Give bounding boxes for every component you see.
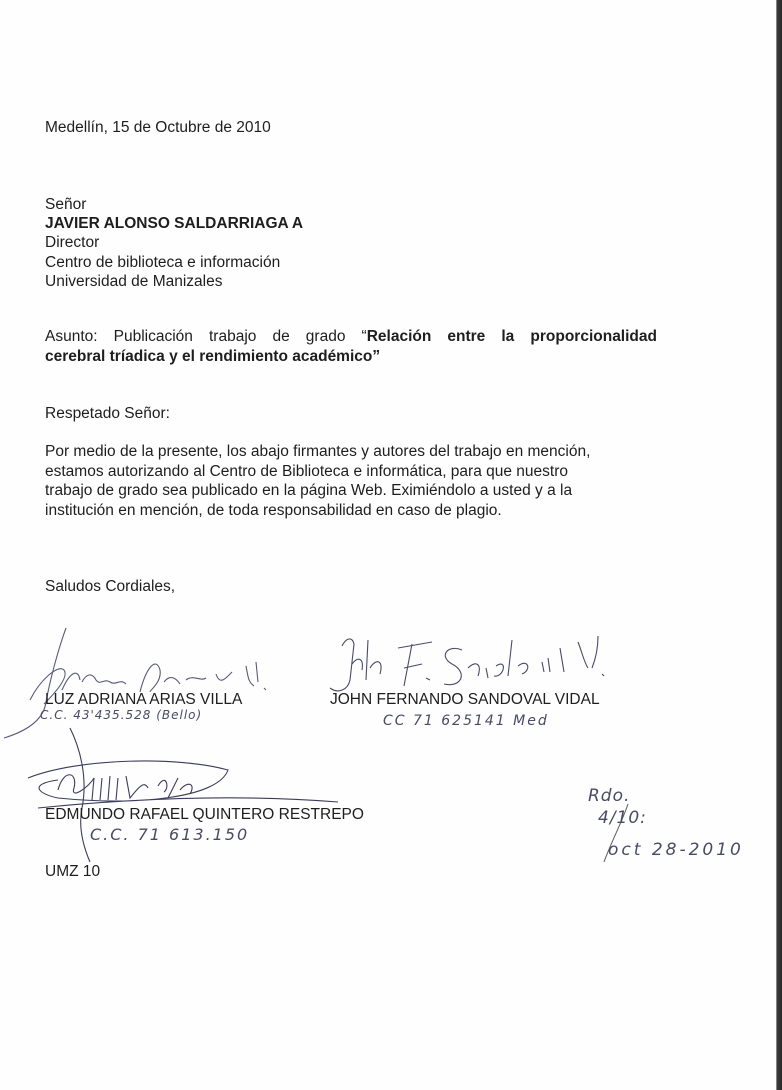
subject-title-part1: Relación entre la proporcionalidad — [367, 328, 657, 345]
handwritten-note-line2: 4/10: — [598, 808, 647, 828]
scan-edge-border — [776, 0, 782, 1090]
subject-line-1: Asunto: Publicación trabajo de grado “Re… — [45, 327, 657, 347]
recipient-department: Centro de biblioteca e información — [45, 253, 303, 272]
greeting: Respetado Señor: — [45, 404, 170, 423]
letter-page: Medellín, 15 de Octubre de 2010 Señor JA… — [0, 0, 776, 1090]
subject-prefix: Asunto: Publicación trabajo de grado “ — [45, 328, 367, 345]
recipient-position: Director — [45, 233, 303, 252]
body-line: institución en mención, de toda responsa… — [45, 501, 685, 521]
closing: Saludos Cordiales, — [45, 577, 175, 596]
body-line: trabajo de grado sea publicado en la pág… — [45, 481, 685, 501]
signatory-1-name: LUZ ADRIANA ARIAS VILLA — [45, 690, 242, 709]
body-line: Por medio de la presente, los abajo firm… — [45, 442, 685, 462]
signatory-3-name: EDMUNDO RAFAEL QUINTERO RESTREPO — [45, 805, 364, 824]
recipient-name: JAVIER ALONSO SALDARRIAGA A — [45, 214, 303, 233]
signature-3-scribble — [18, 728, 348, 868]
subject-line: Asunto: Publicación trabajo de grado “Re… — [45, 327, 657, 366]
reference-code: UMZ 10 — [45, 862, 100, 881]
signatory-3-id: C.C. 71 613.150 — [90, 825, 249, 844]
signatory-2-id: CC 71 625141 Med — [383, 713, 549, 729]
handwritten-note-line3: oct 28-2010 — [608, 840, 744, 860]
signatory-2-name: JOHN FERNANDO SANDOVAL VIDAL — [330, 690, 600, 709]
recipient-salutation-title: Señor — [45, 195, 303, 214]
body-paragraph: Por medio de la presente, los abajo firm… — [45, 442, 685, 520]
recipient-institution: Universidad de Manizales — [45, 272, 303, 291]
place-date: Medellín, 15 de Octubre de 2010 — [45, 118, 271, 137]
subject-title-part2: cerebral tríadica y el rendimiento acadé… — [45, 348, 380, 365]
recipient-block: Señor JAVIER ALONSO SALDARRIAGA A Direct… — [45, 195, 303, 291]
body-line: estamos autorizando al Centro de Bibliot… — [45, 462, 685, 482]
handwritten-note-line1: Rdo. — [588, 786, 630, 806]
signatory-1-id: C.C. 43'435.528 (Bello) — [40, 708, 202, 722]
